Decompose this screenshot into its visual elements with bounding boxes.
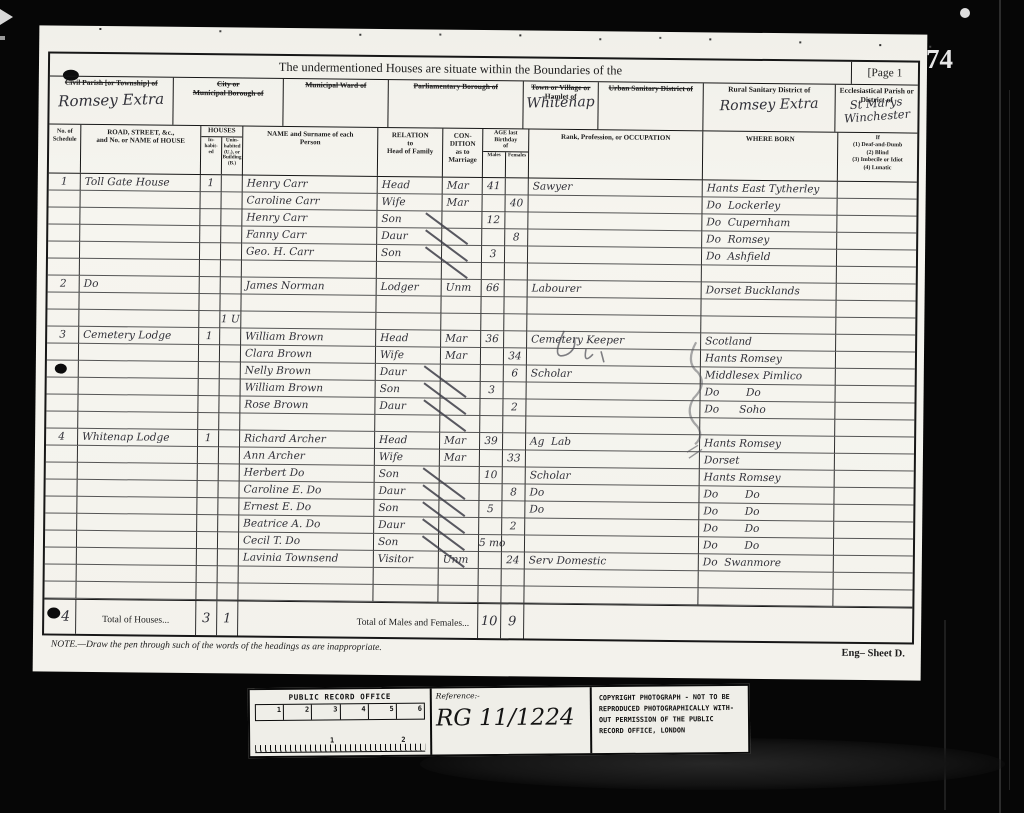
cell-age-males	[481, 297, 504, 314]
location-header-box: Urban Sanitary District of	[598, 82, 703, 130]
cell-infirmity	[836, 318, 915, 336]
cell-name	[240, 413, 375, 431]
cell-infirmity	[836, 335, 915, 353]
houses-label: HOUSES	[201, 126, 242, 137]
cell-infirmity	[834, 573, 913, 591]
cell-road	[78, 463, 198, 481]
cell-relation	[376, 296, 441, 314]
ruler-inches: 1 2 3 4 5 6	[255, 703, 425, 721]
cell-age-females	[501, 586, 524, 603]
film-edge-mark	[0, 36, 5, 40]
cell-occupation: Do	[525, 484, 699, 503]
cell-occupation: Serv Domestic	[525, 552, 699, 571]
cell-age-females	[502, 569, 525, 586]
cell-relation: Wife	[376, 347, 441, 365]
cell-schedule	[47, 343, 79, 360]
cell-road	[77, 497, 197, 515]
cell-condition	[441, 314, 481, 331]
column-header-born: WHERE BORN	[703, 131, 838, 180]
cell-relation	[375, 415, 440, 433]
cell-occupation: Labourer	[528, 280, 702, 299]
ruler-number: 2	[284, 705, 312, 720]
stamp-office-name: PUBLIC RECORD OFFICE	[255, 692, 425, 702]
cell-relation: Head	[376, 330, 441, 348]
cell-age-males	[479, 569, 502, 586]
film-streak	[944, 620, 946, 810]
cell-age-females	[505, 212, 528, 229]
cell-schedule: 3	[47, 326, 79, 343]
cell-born: Do Ashfield	[702, 248, 837, 266]
location-value: St Marys Winchester	[835, 94, 919, 126]
ruler-number: 1	[256, 705, 284, 720]
cell-age-females: 33	[503, 450, 526, 467]
cell-inhabited	[197, 515, 218, 532]
age-label: AGE last Birthday of	[483, 129, 528, 152]
table-body: 1 Toll Gate House 1 Henry Carr Head Mar …	[44, 173, 916, 607]
cell-age-males	[482, 195, 505, 212]
cell-occupation	[528, 263, 702, 282]
cell-infirmity	[838, 182, 917, 200]
cell-condition: Mar	[440, 433, 480, 450]
location-value	[599, 97, 703, 100]
cell-name: Ernest E. Do	[239, 498, 374, 516]
cell-relation: Head	[378, 177, 443, 195]
cell-infirmity	[837, 233, 916, 251]
cell-occupation: Scholar	[526, 467, 700, 486]
cell-inhabited	[200, 243, 221, 260]
cell-road	[78, 395, 198, 413]
cell-name: Nelly Brown	[241, 362, 376, 380]
cell-uninhabited	[218, 566, 239, 583]
cell-name: Fanny Carr	[242, 227, 377, 245]
cell-infirmity	[834, 505, 913, 523]
column-header-occupation: Rank, Profession, or OCCUPATION	[529, 130, 703, 180]
cell-born	[701, 299, 836, 317]
cell-age-males	[482, 229, 505, 246]
cell-occupation	[524, 586, 698, 605]
cell-inhabited	[198, 447, 219, 464]
cell-infirmity	[834, 522, 913, 540]
cell-born: Scotland	[701, 333, 836, 351]
cell-name: Caroline E. Do	[239, 481, 374, 499]
copyright-notice: COPYRIGHT PHOTOGRAPH - NOT TO BE REPRODU…	[592, 686, 749, 753]
cell-road	[77, 565, 197, 583]
cell-occupation	[525, 518, 699, 537]
cell-born: Hants Romsey	[700, 469, 835, 487]
cell-born: Middlesex Pimlico	[701, 367, 836, 385]
cell-relation	[377, 262, 442, 280]
cell-age-males: 66	[482, 280, 505, 297]
ruler-number: 5	[369, 704, 397, 719]
column-header-inhabited: In- habit- ed	[201, 137, 222, 174]
cell-name: Rose Brown	[240, 396, 375, 414]
cell-schedule	[48, 224, 80, 241]
cell-infirmity	[837, 250, 916, 268]
census-table: The undermentioned Houses are situate wi…	[42, 51, 920, 644]
cell-born: Do Do	[699, 537, 834, 555]
cell-age-females	[504, 314, 527, 331]
cell-schedule	[45, 496, 77, 513]
cell-uninhabited	[221, 260, 242, 277]
cell-age-males: 3	[481, 382, 504, 399]
cell-inhabited	[199, 362, 220, 379]
cell-schedule	[45, 513, 77, 530]
cell-born: Do Swanmore	[699, 554, 834, 572]
cell-age-females	[504, 297, 527, 314]
cell-name: Clara Brown	[241, 345, 376, 363]
cell-uninhabited: 1 U	[220, 311, 241, 328]
cell-inhabited	[199, 345, 220, 362]
pro-stamp-card: PUBLIC RECORD OFFICE 1 2 3 4 5 6 1 2 Ref…	[248, 684, 751, 758]
cell-inhabited	[199, 294, 220, 311]
cell-relation	[374, 568, 439, 586]
cell-age-females	[502, 501, 525, 518]
cell-age-females	[505, 263, 528, 280]
cell-schedule	[46, 462, 78, 479]
cell-infirmity	[837, 284, 916, 302]
cell-inhabited	[198, 413, 219, 430]
cell-schedule	[45, 547, 77, 564]
cell-age-males: 39	[480, 433, 503, 450]
cell-name	[241, 311, 376, 329]
cell-occupation: Do	[525, 501, 699, 520]
cell-name	[238, 583, 373, 601]
cell-inhabited: 1	[201, 175, 222, 192]
totals-schedule-cell: 4	[44, 599, 76, 633]
cell-schedule	[46, 445, 78, 462]
cell-road	[78, 412, 198, 430]
cell-road	[79, 361, 199, 379]
cell-born: Do Do	[699, 486, 834, 504]
cell-condition: Mar	[443, 178, 483, 195]
cell-road: Do	[80, 276, 200, 294]
cell-uninhabited	[218, 498, 239, 515]
column-header-uninhabited: Unin- habited (U.), or Building (B.)	[222, 137, 242, 174]
totals-empty-cell	[524, 604, 912, 642]
column-header-females: Females	[506, 152, 528, 178]
cell-relation: Wife	[377, 194, 442, 212]
cell-uninhabited	[218, 515, 239, 532]
cell-born	[702, 265, 837, 283]
cell-age-males	[481, 365, 504, 382]
cell-inhabited	[200, 277, 221, 294]
cell-inhabited	[197, 532, 218, 549]
cell-age-males	[480, 450, 503, 467]
cell-age-females: 34	[504, 348, 527, 365]
location-value	[284, 93, 388, 96]
cell-born: Do Do	[699, 503, 834, 521]
census-page: The undermentioned Houses are situate wi…	[33, 25, 928, 680]
cell-occupation: Sawyer	[529, 179, 703, 198]
cell-born: Dorset	[700, 452, 835, 470]
cell-born: Hants East Tytherley	[703, 180, 838, 198]
cell-infirmity	[837, 216, 916, 234]
cell-age-males	[482, 263, 505, 280]
cell-uninhabited	[219, 447, 240, 464]
film-speck	[960, 8, 970, 18]
location-header-label: Parliamentary Borough of	[389, 82, 523, 92]
cell-name	[242, 261, 377, 279]
cell-name: Richard Archer	[240, 430, 375, 448]
cell-road	[76, 582, 196, 600]
cell-occupation	[526, 399, 700, 418]
cell-inhabited	[197, 481, 218, 498]
cell-schedule: 2	[48, 275, 80, 292]
cell-infirmity	[835, 403, 914, 421]
sheet-label: Eng– Sheet D.	[842, 648, 905, 660]
cell-age-females	[504, 382, 527, 399]
cell-schedule	[46, 411, 78, 428]
cell-name: Beatrice A. Do	[239, 515, 374, 533]
paper-speckles	[99, 28, 101, 30]
cell-schedule	[48, 241, 80, 258]
cell-road	[77, 514, 197, 532]
cell-schedule	[48, 258, 80, 275]
cell-uninhabited	[221, 209, 242, 226]
cell-uninhabited	[219, 464, 240, 481]
cell-condition: Mar	[442, 195, 482, 212]
cell-age-females	[504, 331, 527, 348]
cell-inhabited	[198, 464, 219, 481]
cell-age-females	[502, 535, 525, 552]
location-header-box: Rural Sanitary District of Romsey Extra	[703, 83, 835, 131]
column-header-road: ROAD, STREET, &c., and No. or NAME of HO…	[81, 125, 201, 174]
location-header-label: Civil Parish [or Township] of	[50, 78, 173, 88]
cell-road	[78, 446, 198, 464]
column-header-schedule: No. of Schedule	[49, 124, 82, 172]
column-header-males: Males	[483, 152, 506, 178]
cell-age-males	[481, 348, 504, 365]
cell-inhabited: 1	[198, 430, 219, 447]
cell-road	[80, 225, 200, 243]
cell-inhabited	[199, 311, 220, 328]
ruler-ticks: 1 2	[255, 722, 425, 753]
location-header-label: Municipal Ward of	[284, 81, 388, 91]
cell-inhabited	[199, 379, 220, 396]
location-value: Whitenap	[523, 96, 597, 111]
cell-schedule	[49, 190, 81, 207]
footnote: NOTE.—Draw the pen through such of the w…	[51, 640, 382, 654]
cell-uninhabited	[218, 532, 239, 549]
cell-uninhabited	[220, 294, 241, 311]
column-header-houses: HOUSES In- habit- ed Unin- habited (U.),…	[201, 126, 244, 174]
cell-age-females: 8	[502, 484, 525, 501]
cell-name: Cecil T. Do	[239, 532, 374, 550]
cell-name: James Norman	[242, 278, 377, 296]
cell-condition: Mar	[441, 331, 481, 348]
cell-born	[699, 571, 834, 589]
column-header-name: NAME and Surname of each Person	[243, 127, 378, 176]
cell-relation: Lodger	[377, 279, 442, 297]
cell-infirmity	[835, 471, 914, 489]
page-number: [Page 1	[851, 62, 918, 85]
cell-occupation	[526, 450, 700, 469]
cell-occupation	[527, 382, 701, 401]
cell-schedule	[47, 360, 79, 377]
cell-age-females	[503, 433, 526, 450]
location-header-label: Urban Sanitary District of	[599, 84, 703, 94]
cell-age-females	[505, 246, 528, 263]
cell-born: Hants Romsey	[701, 350, 836, 368]
totals-inhabited: 3	[196, 601, 217, 635]
cell-name: Geo. H. Carr	[242, 244, 377, 262]
cell-inhabited	[200, 209, 221, 226]
cell-age-males: 5	[479, 501, 502, 518]
cell-age-females: 8	[505, 229, 528, 246]
stamp-reference-section: Reference:- RG 11/1224	[432, 687, 593, 754]
cell-road	[80, 242, 200, 260]
cell-relation: Visitor	[374, 551, 439, 569]
location-header-label: Rural Sanitary District of	[704, 85, 835, 95]
cell-name: Herbert Do	[240, 464, 375, 482]
cell-name: Ann Archer	[240, 447, 375, 465]
cell-born	[698, 588, 833, 606]
cell-uninhabited	[217, 583, 238, 600]
cell-name: Caroline Carr	[242, 193, 377, 211]
cell-road	[77, 480, 197, 498]
totals-males: 10	[478, 604, 501, 638]
location-header-box: City orMunicipal Borough of	[173, 78, 283, 126]
cell-condition: Mar	[440, 450, 480, 467]
reference-label: Reference:-	[436, 690, 586, 700]
cell-schedule: 1	[49, 173, 81, 190]
cell-inhabited: 1	[199, 328, 220, 345]
cell-age-females: 2	[502, 518, 525, 535]
cell-infirmity	[833, 590, 912, 608]
reference-number: RG 11/1224	[436, 704, 586, 731]
cell-infirmity	[835, 437, 914, 455]
location-value: Romsey Extra	[49, 93, 172, 109]
cell-occupation	[527, 348, 701, 367]
cell-condition: Mar	[441, 348, 481, 365]
cell-name: William Brown	[241, 379, 376, 397]
cell-age-males: 41	[483, 178, 506, 195]
stamp-ruler-section: PUBLIC RECORD OFFICE 1 2 3 4 5 6 1 2	[250, 689, 433, 757]
cell-road	[80, 259, 200, 277]
location-header-box: Municipal Ward of	[283, 79, 388, 127]
cell-relation	[376, 313, 441, 331]
cell-uninhabited	[221, 277, 242, 294]
cell-infirmity	[837, 199, 916, 217]
cell-condition: Unm	[442, 280, 482, 297]
cell-road: Toll Gate House	[81, 174, 201, 192]
column-header-relation: RELATION to Head of Family	[378, 128, 443, 177]
cell-infirmity	[837, 267, 916, 285]
cell-occupation: Cemetery Keeper	[527, 331, 701, 350]
cell-age-females	[506, 178, 529, 195]
cell-born: Dorset Bucklands	[702, 282, 837, 300]
film-streak	[999, 0, 1001, 813]
cell-uninhabited	[222, 175, 243, 192]
ruler-number: 3	[312, 704, 340, 719]
cell-condition	[438, 586, 478, 603]
cell-condition	[442, 212, 482, 229]
cell-inhabited	[198, 396, 219, 413]
location-header-label: Municipal Borough of	[174, 88, 283, 98]
cell-age-females: 24	[502, 552, 525, 569]
cell-uninhabited	[221, 243, 242, 260]
cell-schedule	[47, 309, 79, 326]
cell-age-males	[480, 399, 503, 416]
cell-name	[241, 295, 376, 313]
cell-age-males	[478, 586, 501, 603]
film-streak	[1009, 90, 1010, 790]
cell-occupation	[528, 229, 702, 248]
cell-uninhabited	[220, 345, 241, 362]
cell-uninhabited	[219, 430, 240, 447]
cell-occupation	[527, 297, 701, 316]
cell-uninhabited	[218, 481, 239, 498]
cell-age-males: 36	[481, 331, 504, 348]
cell-occupation: Scholar	[527, 365, 701, 384]
cell-occupation	[525, 535, 699, 554]
totals-uninhabited: 1	[217, 601, 238, 635]
totals-females: 9	[501, 604, 524, 638]
cell-schedule	[46, 394, 78, 411]
cell-condition	[441, 297, 481, 314]
cell-inhabited	[200, 192, 221, 209]
cell-age-males: 3	[482, 246, 505, 263]
cell-infirmity	[834, 488, 913, 506]
cell-occupation: Ag Lab	[526, 433, 700, 452]
cell-age-females: 6	[504, 365, 527, 382]
cell-uninhabited	[220, 362, 241, 379]
ruler-number: 4	[340, 704, 368, 719]
cell-road: Whitenap Lodge	[78, 429, 198, 447]
cell-relation: Head	[375, 432, 440, 450]
cell-age-females: 2	[503, 399, 526, 416]
cell-condition	[440, 467, 480, 484]
cell-infirmity	[835, 420, 914, 438]
cell-uninhabited	[219, 413, 240, 430]
cell-occupation	[528, 196, 702, 215]
cell-name: Henry Carr	[242, 210, 377, 228]
cell-inhabited	[197, 549, 218, 566]
cell-road	[77, 531, 197, 549]
totals-houses-label: Total of Houses...	[76, 600, 196, 635]
cell-age-males	[481, 314, 504, 331]
cell-age-males: 12	[482, 212, 505, 229]
film-edge-arrow-icon	[0, 9, 13, 25]
cell-occupation	[525, 569, 699, 588]
cell-uninhabited	[220, 379, 241, 396]
cell-road	[79, 344, 199, 362]
totals-males-females-label: Total of Males and Females...	[238, 601, 478, 638]
cell-condition	[439, 569, 479, 586]
cell-inhabited	[200, 260, 221, 277]
folio-number: 74	[926, 44, 953, 75]
location-header-box: Parliamentary Borough of	[388, 80, 523, 128]
cell-inhabited	[197, 498, 218, 515]
cell-age-females	[503, 416, 526, 433]
ruler-number: 2	[401, 736, 405, 744]
cell-age-males	[479, 518, 502, 535]
cell-name: Lavinia Townsend	[239, 549, 374, 567]
cell-born: Hants Romsey	[700, 435, 835, 453]
location-header-box: Town or Village orHamlet of Whitenap	[523, 81, 598, 129]
cell-born: Do Soho	[700, 401, 835, 419]
cell-uninhabited	[221, 226, 242, 243]
cell-schedule	[47, 377, 79, 394]
location-header-box: Civil Parish [or Township] of Romsey Ext…	[49, 76, 173, 124]
cell-infirmity	[836, 369, 915, 387]
cell-infirmity	[836, 301, 915, 319]
cell-road	[77, 548, 197, 566]
photograph-background: 74 The undermentioned Houses are situate…	[0, 0, 1024, 813]
cell-schedule	[44, 581, 76, 598]
cell-road: Cemetery Lodge	[79, 327, 199, 345]
cell-inhabited	[200, 226, 221, 243]
